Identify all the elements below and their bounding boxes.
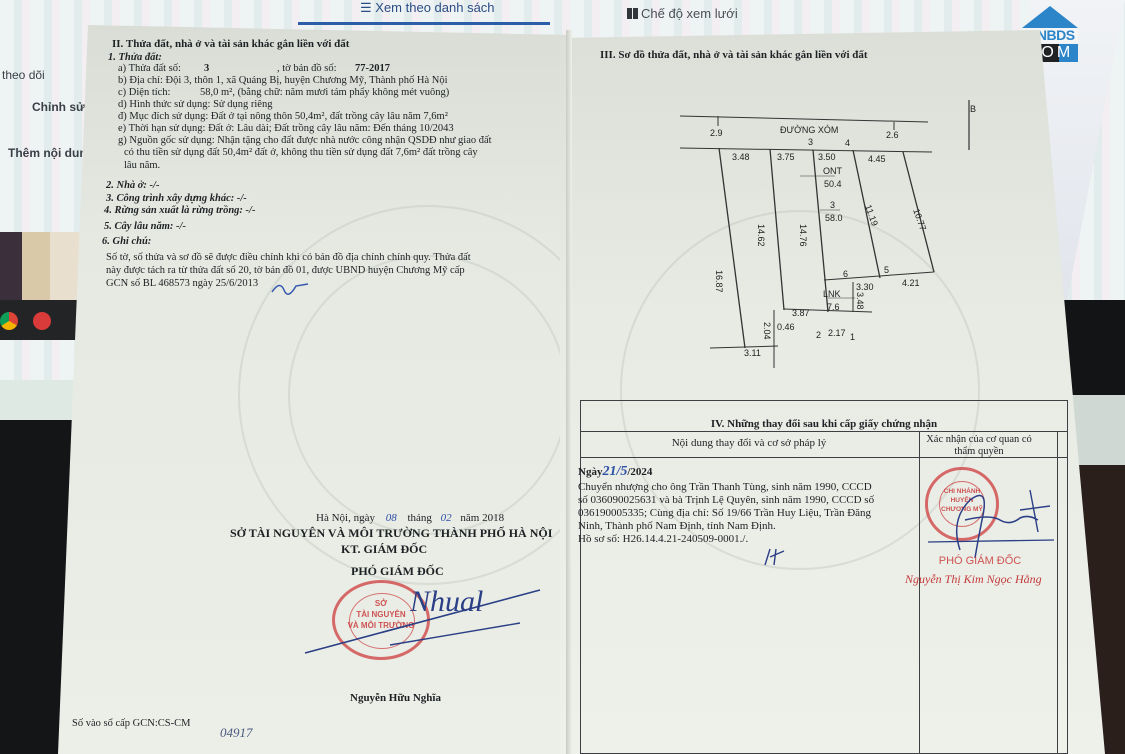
svg-text:14.76: 14.76 xyxy=(798,224,808,247)
section-ii-title: II. Thửa đất, nhà ở và tài sản khác gắn … xyxy=(112,38,349,51)
svg-text:3.30: 3.30 xyxy=(856,282,874,292)
svg-text:6: 6 xyxy=(843,269,848,279)
svg-text:3.48: 3.48 xyxy=(855,292,865,310)
notes-heading: 6. Ghi chú: xyxy=(102,236,151,249)
change-line-3: 036190005335; Cùng địa chỉ: Số 19/66 Trầ… xyxy=(578,507,871,520)
deputy-director-title: PHÓ GIÁM ĐỐC xyxy=(351,565,444,578)
house-item: 2. Nhà ở: -/- xyxy=(106,180,159,193)
land-parcel-sketch: B ĐƯỜNG XÓM 2.9 2.6 3.48 3.75 3.50 4.45 … xyxy=(660,100,980,370)
usage-origin-3: lâu năm. xyxy=(124,160,160,173)
svg-text:3: 3 xyxy=(808,137,813,147)
svg-text:50.4: 50.4 xyxy=(824,179,842,189)
note-line-3: GCN số BL 468573 ngày 25/6/2013 xyxy=(106,278,258,291)
svg-text:ĐƯỜNG XÓM: ĐƯỜNG XÓM xyxy=(780,125,838,135)
change-line-4: Ninh, Thành phố Nam Định, tỉnh Nam Định. xyxy=(578,520,776,533)
svg-text:7.6: 7.6 xyxy=(827,302,840,312)
svg-text:3.87: 3.87 xyxy=(792,308,810,318)
change-line-2: số 036090025631 và bà Trịnh Lệ Quyên, si… xyxy=(578,494,874,507)
confirm-signer: Nguyễn Thị Kim Ngọc Hằng xyxy=(905,573,1042,586)
parcel-number-label: a) Thửa đất số: xyxy=(118,63,181,76)
page-fold xyxy=(566,30,572,754)
area-value: 58,0 m², (bằng chữ: năm mươi tám phẩy kh… xyxy=(200,87,449,100)
change-date: Ngày21/5/2024 xyxy=(578,466,652,479)
svg-text:2.17: 2.17 xyxy=(828,328,846,338)
register-number: 04917 xyxy=(220,727,253,740)
usage-origin: g) Nguồn gốc sử dụng: Nhận tặng cho đất … xyxy=(118,135,492,148)
watermark-emblem-inner xyxy=(288,255,568,535)
svg-text:2.9: 2.9 xyxy=(710,128,723,138)
svg-text:LNK: LNK xyxy=(823,289,841,299)
change-file-number: Hồ sơ số: H26.14.4.21-240509-0001./. xyxy=(578,533,748,546)
map-sheet-label: , tờ bản đồ số: xyxy=(277,63,337,76)
perennial-item: 5. Cây lâu năm: -/- xyxy=(104,221,186,234)
svg-text:16.87: 16.87 xyxy=(714,270,724,293)
svg-text:5: 5 xyxy=(884,265,889,275)
issuing-agency: SỞ TÀI NGUYÊN VÀ MÔI TRƯỜNG THÀNH PHỐ HÀ… xyxy=(230,527,552,540)
confirm-title: PHÓ GIÁM ĐỐC xyxy=(930,555,1030,567)
svg-text:4: 4 xyxy=(845,138,850,148)
tab-list-view[interactable]: ☰ Xem theo danh sách xyxy=(360,0,495,16)
forest-item: 4. Rừng sản xuất là rừng trồng: -/- xyxy=(104,205,255,218)
list-icon: ☰ xyxy=(360,0,375,15)
chrome-icon[interactable] xyxy=(0,312,18,330)
svg-text:ONT: ONT xyxy=(823,166,843,176)
col-confirm-header: Xác nhận của cơ quan có thẩm quyền xyxy=(924,434,1034,458)
svg-text:4.21: 4.21 xyxy=(902,278,920,288)
signature-stroke xyxy=(300,585,550,660)
signer-name: Nguyễn Hữu Nghĩa xyxy=(350,692,441,705)
usage-form: d) Hình thức sử dụng: Sử dụng riêng xyxy=(118,99,272,112)
svg-text:58.0: 58.0 xyxy=(825,213,843,223)
svg-text:4.45: 4.45 xyxy=(868,154,886,164)
issue-date-line: Hà Nội, ngày 08 tháng 02 năm 2018 xyxy=(316,512,504,525)
svg-text:10.77: 10.77 xyxy=(911,207,928,232)
kt-director: KT. GIÁM ĐỐC xyxy=(341,543,427,556)
svg-text:3.75: 3.75 xyxy=(777,152,795,162)
note-line-1: Số tờ, số thửa và sơ đồ sẽ được điều chỉ… xyxy=(106,252,471,265)
changes-title: IV. Những thay đổi sau khi cấp giấy chứn… xyxy=(580,418,1068,431)
sidebar-add-content[interactable]: Thêm nội dun xyxy=(8,146,87,160)
parcel-number: 3 xyxy=(204,63,209,76)
area-label: c) Diện tích: xyxy=(118,87,170,100)
sidebar-follow[interactable]: theo dõi xyxy=(2,68,45,82)
initials-mark xyxy=(270,280,310,296)
change-line-1: Chuyển nhượng cho ông Trần Thanh Tùng, s… xyxy=(578,481,872,494)
svg-text:1: 1 xyxy=(850,332,855,342)
sidebar-edit[interactable]: Chỉnh sửa xyxy=(32,100,91,114)
svg-text:0.46: 0.46 xyxy=(777,322,795,332)
section-iii-title: III. Sơ đồ thửa đất, nhà ở và tài sản kh… xyxy=(600,49,868,62)
usage-term: e) Thời hạn sử dụng: Đất ở: Lâu dài; Đất… xyxy=(118,123,454,136)
initials-mark xyxy=(762,545,788,567)
grid-icon xyxy=(627,8,638,19)
app-icon[interactable] xyxy=(33,312,51,330)
map-sheet-number: 77-2017 xyxy=(355,63,390,76)
svg-text:3.50: 3.50 xyxy=(818,152,836,162)
confirm-signature xyxy=(920,480,1060,560)
svg-text:B: B xyxy=(970,104,976,114)
svg-text:11.19: 11.19 xyxy=(863,203,880,227)
other-construction-item: 3. Công trình xây dựng khác: -/- xyxy=(106,193,247,206)
svg-text:2: 2 xyxy=(816,330,821,340)
register-label: Số vào sổ cấp GCN:CS-CM xyxy=(72,718,190,731)
background-light xyxy=(1070,395,1125,465)
house-roof-icon xyxy=(1022,6,1078,28)
svg-text:2.04: 2.04 xyxy=(762,322,772,340)
note-line-2: này được tách ra từ thửa đất số 20, tờ b… xyxy=(106,265,465,278)
active-tab-indicator xyxy=(298,22,550,25)
usage-purpose: đ) Mục đích sử dụng: Đất ở tại nông thôn… xyxy=(118,111,448,124)
video-thumbnail xyxy=(0,232,88,302)
address-line: b) Địa chỉ: Đội 3, thôn 1, xã Quảng Bị, … xyxy=(118,75,448,88)
col-content-header: Nội dung thay đổi và cơ sở pháp lý xyxy=(580,437,918,450)
svg-text:3.11: 3.11 xyxy=(744,348,761,358)
svg-text:3: 3 xyxy=(830,200,835,210)
svg-text:3.48: 3.48 xyxy=(732,152,750,162)
tab-grid-view[interactable]: Chế độ xem lưới xyxy=(627,6,738,21)
svg-text:14.62: 14.62 xyxy=(756,224,766,247)
svg-text:2.6: 2.6 xyxy=(886,130,899,140)
usage-origin-2: có thu tiền sử dụng đất 50,4m² đất ở, kh… xyxy=(124,147,478,160)
